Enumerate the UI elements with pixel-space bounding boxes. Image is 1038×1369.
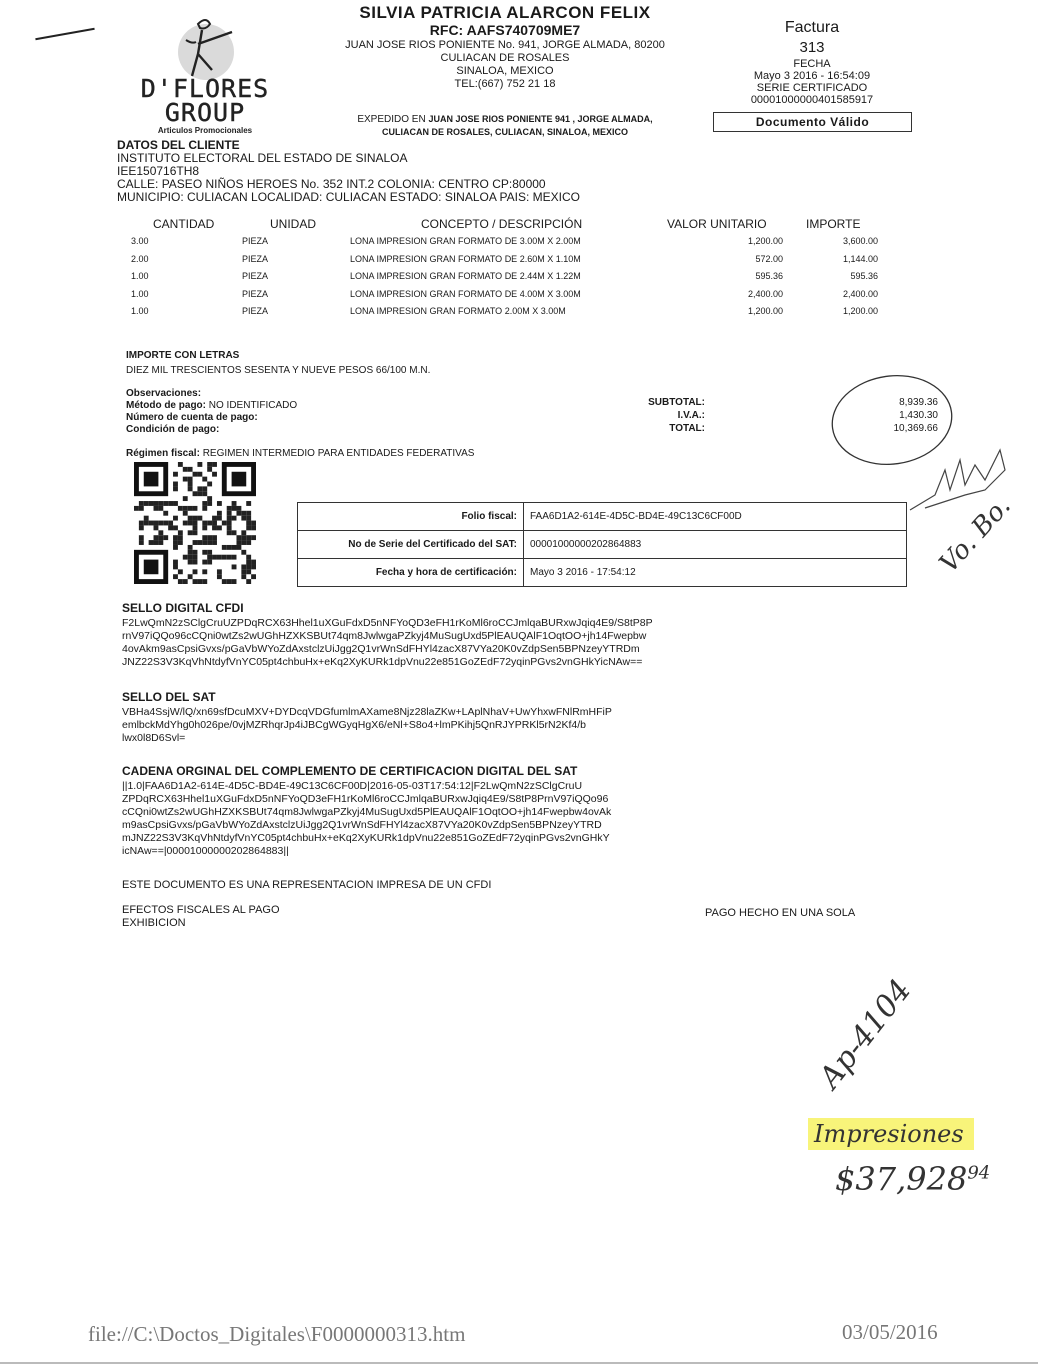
table-row: No de Serie del Certificado del SAT: 000… (298, 531, 907, 559)
cell-importe: 1,144.00 (790, 254, 878, 264)
handwritten-amount-value: $37,928 (835, 1160, 967, 1198)
cell-concepto: LONA IMPRESION GRAN FORMATO DE 3.00M X 2… (350, 236, 650, 246)
cadena-value: ||1.0|FAA6D1A2-614E-4D5C-BD4E-49C13C6CF0… (122, 780, 702, 858)
invoice-number: 313 (712, 38, 912, 58)
issuer-block: SILVIA PATRICIA ALARCON FELIX RFC: AAFS7… (300, 10, 710, 91)
observaciones-label: Observaciones: (126, 388, 297, 400)
status-badge: Documento Válido (713, 112, 912, 132)
cell-importe: 3,600.00 (790, 236, 878, 246)
fecha-cert-label: Fecha y hora de certificación: (298, 559, 524, 587)
invoice-meta: Factura 313 FECHA Mayo 3 2016 - 16:54:09… (712, 18, 912, 106)
serie-sat-value: 00001000000202864883 (524, 531, 907, 559)
issuer-address-line: SINALOA, MEXICO (300, 65, 710, 78)
expedido-line1: JUAN JOSE RIOS PONIENTE 941 , JORGE ALMA… (428, 114, 652, 124)
certification-table: Folio fiscal: FAA6D1A2-614E-4D5C-BD4E-49… (297, 502, 907, 587)
footer-date: 03/05/2016 (842, 1320, 938, 1345)
invoice-type: Factura (712, 18, 912, 38)
page-edge-line (0, 1362, 1038, 1364)
fecha-value: Mayo 3 2016 - 16:54:09 (712, 70, 912, 82)
issuer-rfc: RFC: AAFS740709ME7 (300, 22, 710, 39)
handwritten-amount-cents: 94 (967, 1162, 990, 1183)
client-municipio: MUNICIPIO: CULIACAN LOCALIDAD: CULIACAN … (117, 191, 580, 204)
table-row: 1.00PIEZALONA IMPRESION GRAN FORMATO 2.0… (0, 306, 1038, 323)
cell-unidad: PIEZA (242, 236, 302, 246)
efectos-fiscales: EFECTOS FISCALES AL PAGO EXHIBICION (122, 904, 280, 930)
table-row: Folio fiscal: FAA6D1A2-614E-4D5C-BD4E-49… (298, 503, 907, 531)
efectos-line1: EFECTOS FISCALES AL PAGO (122, 904, 280, 917)
cell-valor: 572.00 (660, 254, 783, 264)
cell-unidad: PIEZA (242, 254, 302, 264)
folio-value: FAA6D1A2-614E-4D5C-BD4E-49C13C6CF00D (524, 503, 907, 531)
cell-concepto: LONA IMPRESION GRAN FORMATO DE 2.60M X 1… (350, 254, 650, 264)
iva-label: I.V.A.: (585, 409, 705, 422)
cell-cantidad: 2.00 (131, 254, 191, 264)
col-valor-unitario: VALOR UNITARIO (667, 217, 767, 231)
handwritten-ap-code: Ap-4104 (812, 973, 918, 1095)
serie-value: 00001000000401585917 (712, 94, 912, 106)
col-unidad: UNIDAD (270, 217, 316, 231)
amount-words-label: IMPORTE CON LETRAS (126, 348, 430, 363)
scan-mark (35, 28, 94, 40)
sello-sat-value: VBHa4SsjW/lQ/xn69sfDcuMXV+DYDcqVDGfumlmA… (122, 706, 702, 745)
cell-cantidad: 3.00 (131, 236, 191, 246)
expedido-line2: CULIACAN DE ROSALES, CULIACAN, SINALOA, … (300, 126, 710, 139)
cell-concepto: LONA IMPRESION GRAN FORMATO 2.00M X 3.00… (350, 306, 650, 316)
sello-cfdi-title: SELLO DIGITAL CFDI (122, 601, 244, 615)
qr-code-icon (133, 462, 257, 584)
sello-sat-title: SELLO DEL SAT (122, 690, 216, 704)
cell-valor: 1,200.00 (660, 306, 783, 316)
subtotal-label: SUBTOTAL: (585, 396, 705, 409)
client-block: DATOS DEL CLIENTE INSTITUTO ELECTORAL DE… (117, 139, 580, 204)
issuer-name: SILVIA PATRICIA ALARCON FELIX (300, 4, 710, 22)
signature-icon (905, 440, 1015, 520)
sello-cfdi-value: F2LwQmN2zSClgCruUZPDqRCX63Hhel1uXGuFdxD5… (122, 617, 702, 669)
metodo-label: Método de pago: (126, 400, 206, 411)
table-row: Fecha y hora de certificación: Mayo 3 20… (298, 559, 907, 587)
cell-cantidad: 1.00 (131, 271, 191, 281)
expedido-block: EXPEDIDO EN JUAN JOSE RIOS PONIENTE 941 … (300, 113, 710, 139)
payment-info: Observaciones: Método de pago: NO IDENTI… (126, 388, 297, 436)
pago-legend: PAGO HECHO EN UNA SOLA (705, 907, 855, 919)
total-label: TOTAL: (585, 422, 705, 435)
table-row: 2.00PIEZALONA IMPRESION GRAN FORMATO DE … (0, 254, 1038, 271)
amount-words: IMPORTE CON LETRAS DIEZ MIL TRESCIENTOS … (126, 348, 430, 378)
cadena-title: CADENA ORGINAL DEL COMPLEMENTO DE CERTIF… (122, 764, 577, 778)
folio-label: Folio fiscal: (298, 503, 524, 531)
cell-concepto: LONA IMPRESION GRAN FORMATO DE 4.00M X 3… (350, 289, 650, 299)
cell-unidad: PIEZA (242, 289, 302, 299)
regimen-fiscal: Régimen fiscal: REGIMEN INTERMEDIO PARA … (126, 448, 474, 459)
footer-file-path: file://C:\Doctos_Digitales\F0000000313.h… (88, 1322, 465, 1347)
regimen-label: Régimen fiscal: (126, 448, 200, 459)
issuer-address-line: CULIACAN DE ROSALES (300, 52, 710, 65)
fecha-cert-value: Mayo 3 2016 - 17:54:12 (524, 559, 907, 587)
condicion-label: Condición de pago: (126, 424, 297, 436)
cell-valor: 595.36 (660, 271, 783, 281)
cell-importe: 2,400.00 (790, 289, 878, 299)
company-logo: D'FLORES GROUP Articulos Promocionales (140, 14, 270, 136)
col-importe: IMPORTE (806, 217, 860, 231)
col-concepto: CONCEPTO / DESCRIPCIÓN (421, 217, 582, 231)
efectos-line2: EXHIBICION (122, 917, 280, 930)
cell-importe: 595.36 (790, 271, 878, 281)
cell-concepto: LONA IMPRESION GRAN FORMATO DE 2.44M X 1… (350, 271, 650, 281)
fecha-label: FECHA (712, 58, 912, 70)
cell-valor: 2,400.00 (660, 289, 783, 299)
cell-importe: 1,200.00 (790, 306, 878, 316)
table-row: 1.00PIEZALONA IMPRESION GRAN FORMATO DE … (0, 271, 1038, 288)
cfdi-legend: ESTE DOCUMENTO ES UNA REPRESENTACION IMP… (122, 879, 491, 891)
issuer-phone: TEL:(667) 752 21 18 (300, 78, 710, 91)
cell-valor: 1,200.00 (660, 236, 783, 246)
items-table-header: CANTIDAD UNIDAD CONCEPTO / DESCRIPCIÓN V… (0, 217, 1038, 233)
cell-cantidad: 1.00 (131, 306, 191, 316)
cell-unidad: PIEZA (242, 306, 302, 316)
logo-tagline: Articulos Promocionales (140, 126, 270, 135)
metodo-value: NO IDENTIFICADO (209, 400, 297, 411)
expedido-prefix: EXPEDIDO EN (357, 114, 425, 125)
issuer-address-line: JUAN JOSE RIOS PONIENTE No. 941, JORGE A… (300, 39, 710, 52)
table-row: 1.00PIEZALONA IMPRESION GRAN FORMATO DE … (0, 289, 1038, 306)
table-row: 3.00PIEZALONA IMPRESION GRAN FORMATO DE … (0, 236, 1038, 253)
serie-sat-label: No de Serie del Certificado del SAT: (298, 531, 524, 559)
handwritten-amount: $37,92894 (835, 1160, 990, 1198)
handwritten-category: Impresiones (808, 1118, 974, 1150)
cell-cantidad: 1.00 (131, 289, 191, 299)
col-cantidad: CANTIDAD (153, 217, 214, 231)
cuenta-label: Número de cuenta de pago: (126, 412, 297, 424)
cell-unidad: PIEZA (242, 271, 302, 281)
serie-label: SERIE CERTIFICADO (712, 82, 912, 94)
regimen-value: REGIMEN INTERMEDIO PARA ENTIDADES FEDERA… (203, 448, 475, 459)
amount-words-value: DIEZ MIL TRESCIENTOS SESENTA Y NUEVE PES… (126, 363, 430, 378)
logo-text-line2: GROUP (140, 98, 270, 127)
